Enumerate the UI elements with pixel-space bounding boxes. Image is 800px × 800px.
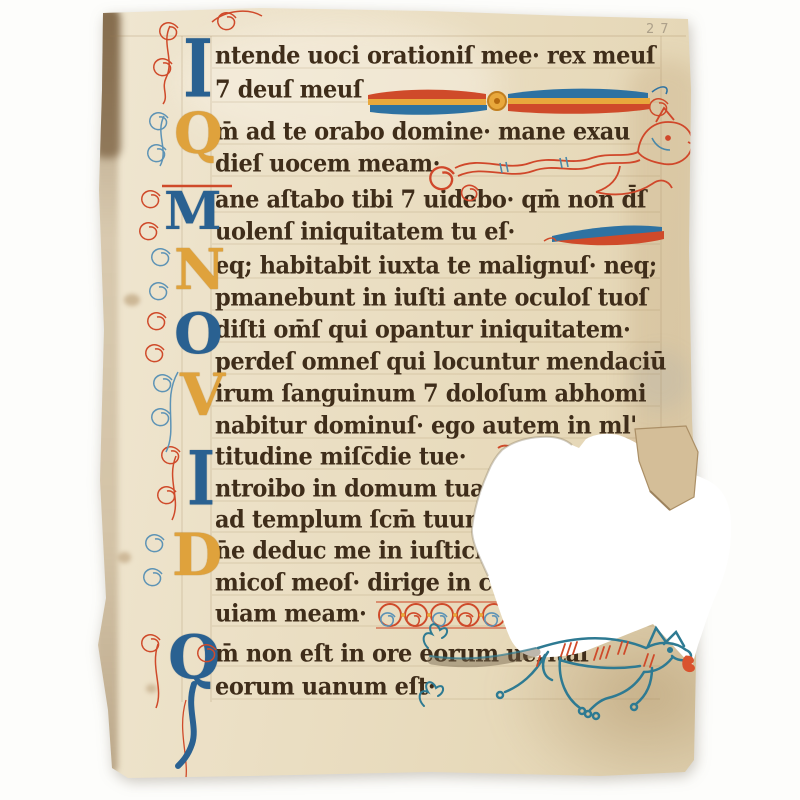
feather-bar-filler-icon [368,87,668,116]
red-squiggle-icon [498,442,540,448]
blue-penwork-flourish [144,113,178,586]
dragon-drollery-icon [430,108,696,201]
feather-wedge-filler-icon [544,225,664,245]
manuscript-leaf: ntende uoci orationiſ mee· rex meuſ 7 de… [0,0,800,800]
initial-q-tail [178,684,194,766]
circle-chain-filler-icon [376,602,510,628]
pen-decorations [0,0,800,800]
red-penwork-flourish [140,11,262,788]
folio-number: 27 [646,22,675,37]
manuscript-photo: ntende uoci orationiſ mee· rex meuſ 7 de… [0,0,800,800]
